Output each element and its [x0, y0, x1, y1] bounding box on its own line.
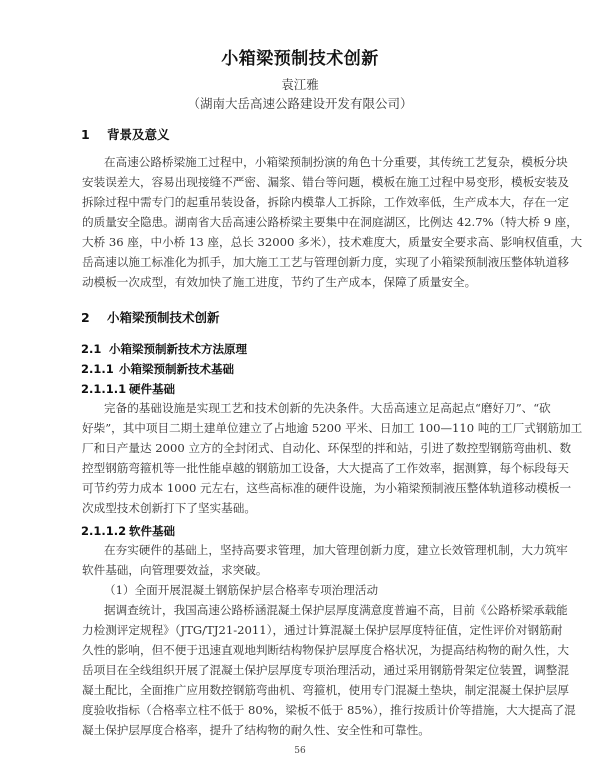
section-number: 2.1.1.2 [81, 524, 129, 538]
section-number: 2.1.1.1 [81, 382, 129, 396]
section-title: 背景及意义 [107, 127, 170, 142]
paragraph-line: 在高速公路桥梁施工过程中，小箱梁预制扮演的角色十分重要，其传统工艺复杂，模板分块 [104, 155, 522, 169]
section-number: 1 [81, 127, 107, 142]
paragraph-line: 在夯实硬件的基础上，坚持高要求管理，加大管理创新力度，建立长效管理机制，大力筑牢 [104, 543, 522, 557]
section-number: 2 [81, 310, 107, 325]
paragraph-line: 好柴”，其中项目二期土建单位建立了占地逾 5200 平米、日加工 100—110… [82, 421, 522, 435]
section-heading-2-1-1-1: 2.1.1.1硬件基础 [81, 381, 175, 397]
section-heading-2-1-1: 2.1.1小箱梁预制新技术基础 [81, 361, 234, 377]
paragraph-line: 可节约劳力成本 1000 元左右，这些高标准的硬件设施，为小箱梁预制液压整体轨道… [82, 481, 522, 495]
paragraph-line: 凝土保护层厚度合格率，提升了结构物的耐久性、安全性和可靠性。 [82, 723, 522, 737]
section-number: 2.1.1 [81, 362, 119, 376]
section-title: 小箱梁预制新技术方法原理 [109, 342, 247, 356]
paragraph-line: 的质量安全隐患。湖南省大岳高速公路桥梁主要集中在洞庭湖区，比例达 42.7%（特… [82, 215, 522, 229]
section-title: 小箱梁预制新技术基础 [119, 362, 234, 376]
paragraph-line: 度验收指标（合格率立柱不低于 80%，梁板不低于 85%），推行按质计价等措施，… [82, 703, 522, 717]
paragraph-line: 控型钢筋弯箍机等一批性能卓越的钢筋加工设备，大大提高了工作效率，据测算，每个标段… [82, 461, 522, 475]
section-title: 小箱梁预制技术创新 [107, 310, 220, 325]
paragraph-line: 安装误差大，容易出现接缝不严密、漏浆、错台等问题，模板在施工过程中易变形，模板安… [82, 175, 522, 189]
paragraph-line: 力检测评定规程》（JTG/TJ21-2011），通过计算混凝土保护层厚度特征值，… [82, 623, 522, 637]
paragraph-line: 凝土配比，全面推广应用数控钢筋弯曲机、弯箍机，使用专门混凝土垫块，制定混凝土保护… [82, 683, 522, 697]
paragraph-line: 软件基础，向管理要效益，求突破。 [82, 563, 522, 577]
paragraph-line: 大桥 36 座，中小桥 13 座，总长 32000 多米），技术难度大，质量安全… [82, 235, 522, 249]
section-heading-2-1-1-2: 2.1.1.2软件基础 [81, 523, 175, 539]
paragraph-line: 厂和日产量达 2000 立方的全封闭式、自动化、环保型的拌和站，引进了数控型钢筋… [82, 441, 522, 455]
section-heading-1: 1背景及意义 [81, 125, 170, 143]
section-title: 硬件基础 [129, 382, 175, 396]
paragraph-line: 岳项目在全线组织开展了混凝土保护层厚度专项治理活动，通过采用钢筋骨架定位装置，调… [82, 663, 522, 677]
section-heading-2: 2小箱梁预制技术创新 [81, 308, 220, 326]
paragraph-line: 动模板一次成型，有效加快了施工进度，节约了生产成本，保障了质量安全。 [82, 275, 522, 289]
paper-title: 小箱梁预制技术创新 [0, 44, 600, 69]
document-page: 小箱梁预制技术创新 袁江雅 （湖南大岳高速公路建设开发有限公司） 1背景及意义 … [0, 0, 600, 768]
section-title: 软件基础 [129, 524, 175, 538]
page-number: 56 [0, 746, 600, 756]
paragraph-line: 次成型技术创新打下了坚实基础。 [82, 501, 522, 515]
paragraph-line: 久性的影响，但不便于迅速直观地判断结构物保护层厚度合格状况，为提高结构物的耐久性… [82, 643, 522, 657]
paragraph-line: 岳高速以施工标准化为抓手，加大施工工艺与管理创新力度，实现了小箱梁预制液压整体轨… [82, 255, 522, 269]
author-affiliation: （湖南大岳高速公路建设开发有限公司） [0, 94, 600, 112]
list-item-heading: （1）全面开展混凝土钢筋保护层合格率专项治理活动 [104, 583, 522, 597]
section-heading-2-1: 2.1小箱梁预制新技术方法原理 [81, 341, 247, 357]
paragraph-line: 完备的基础设施是实现工艺和技术创新的先决条件。大岳高速立足高起点“磨好刀”、“砍 [104, 401, 522, 415]
author-name: 袁江雅 [0, 75, 600, 93]
paragraph-line: 拆除过程中需专门的起重吊装设备，拆除内模靠人工拆除，工作效率低，生产成本大，存在… [82, 195, 522, 209]
section-number: 2.1 [81, 342, 109, 356]
paragraph-line: 据调查统计，我国高速公路桥涵混凝土保护层厚度满意度普遍不高，目前《公路桥梁承载能 [104, 603, 522, 617]
